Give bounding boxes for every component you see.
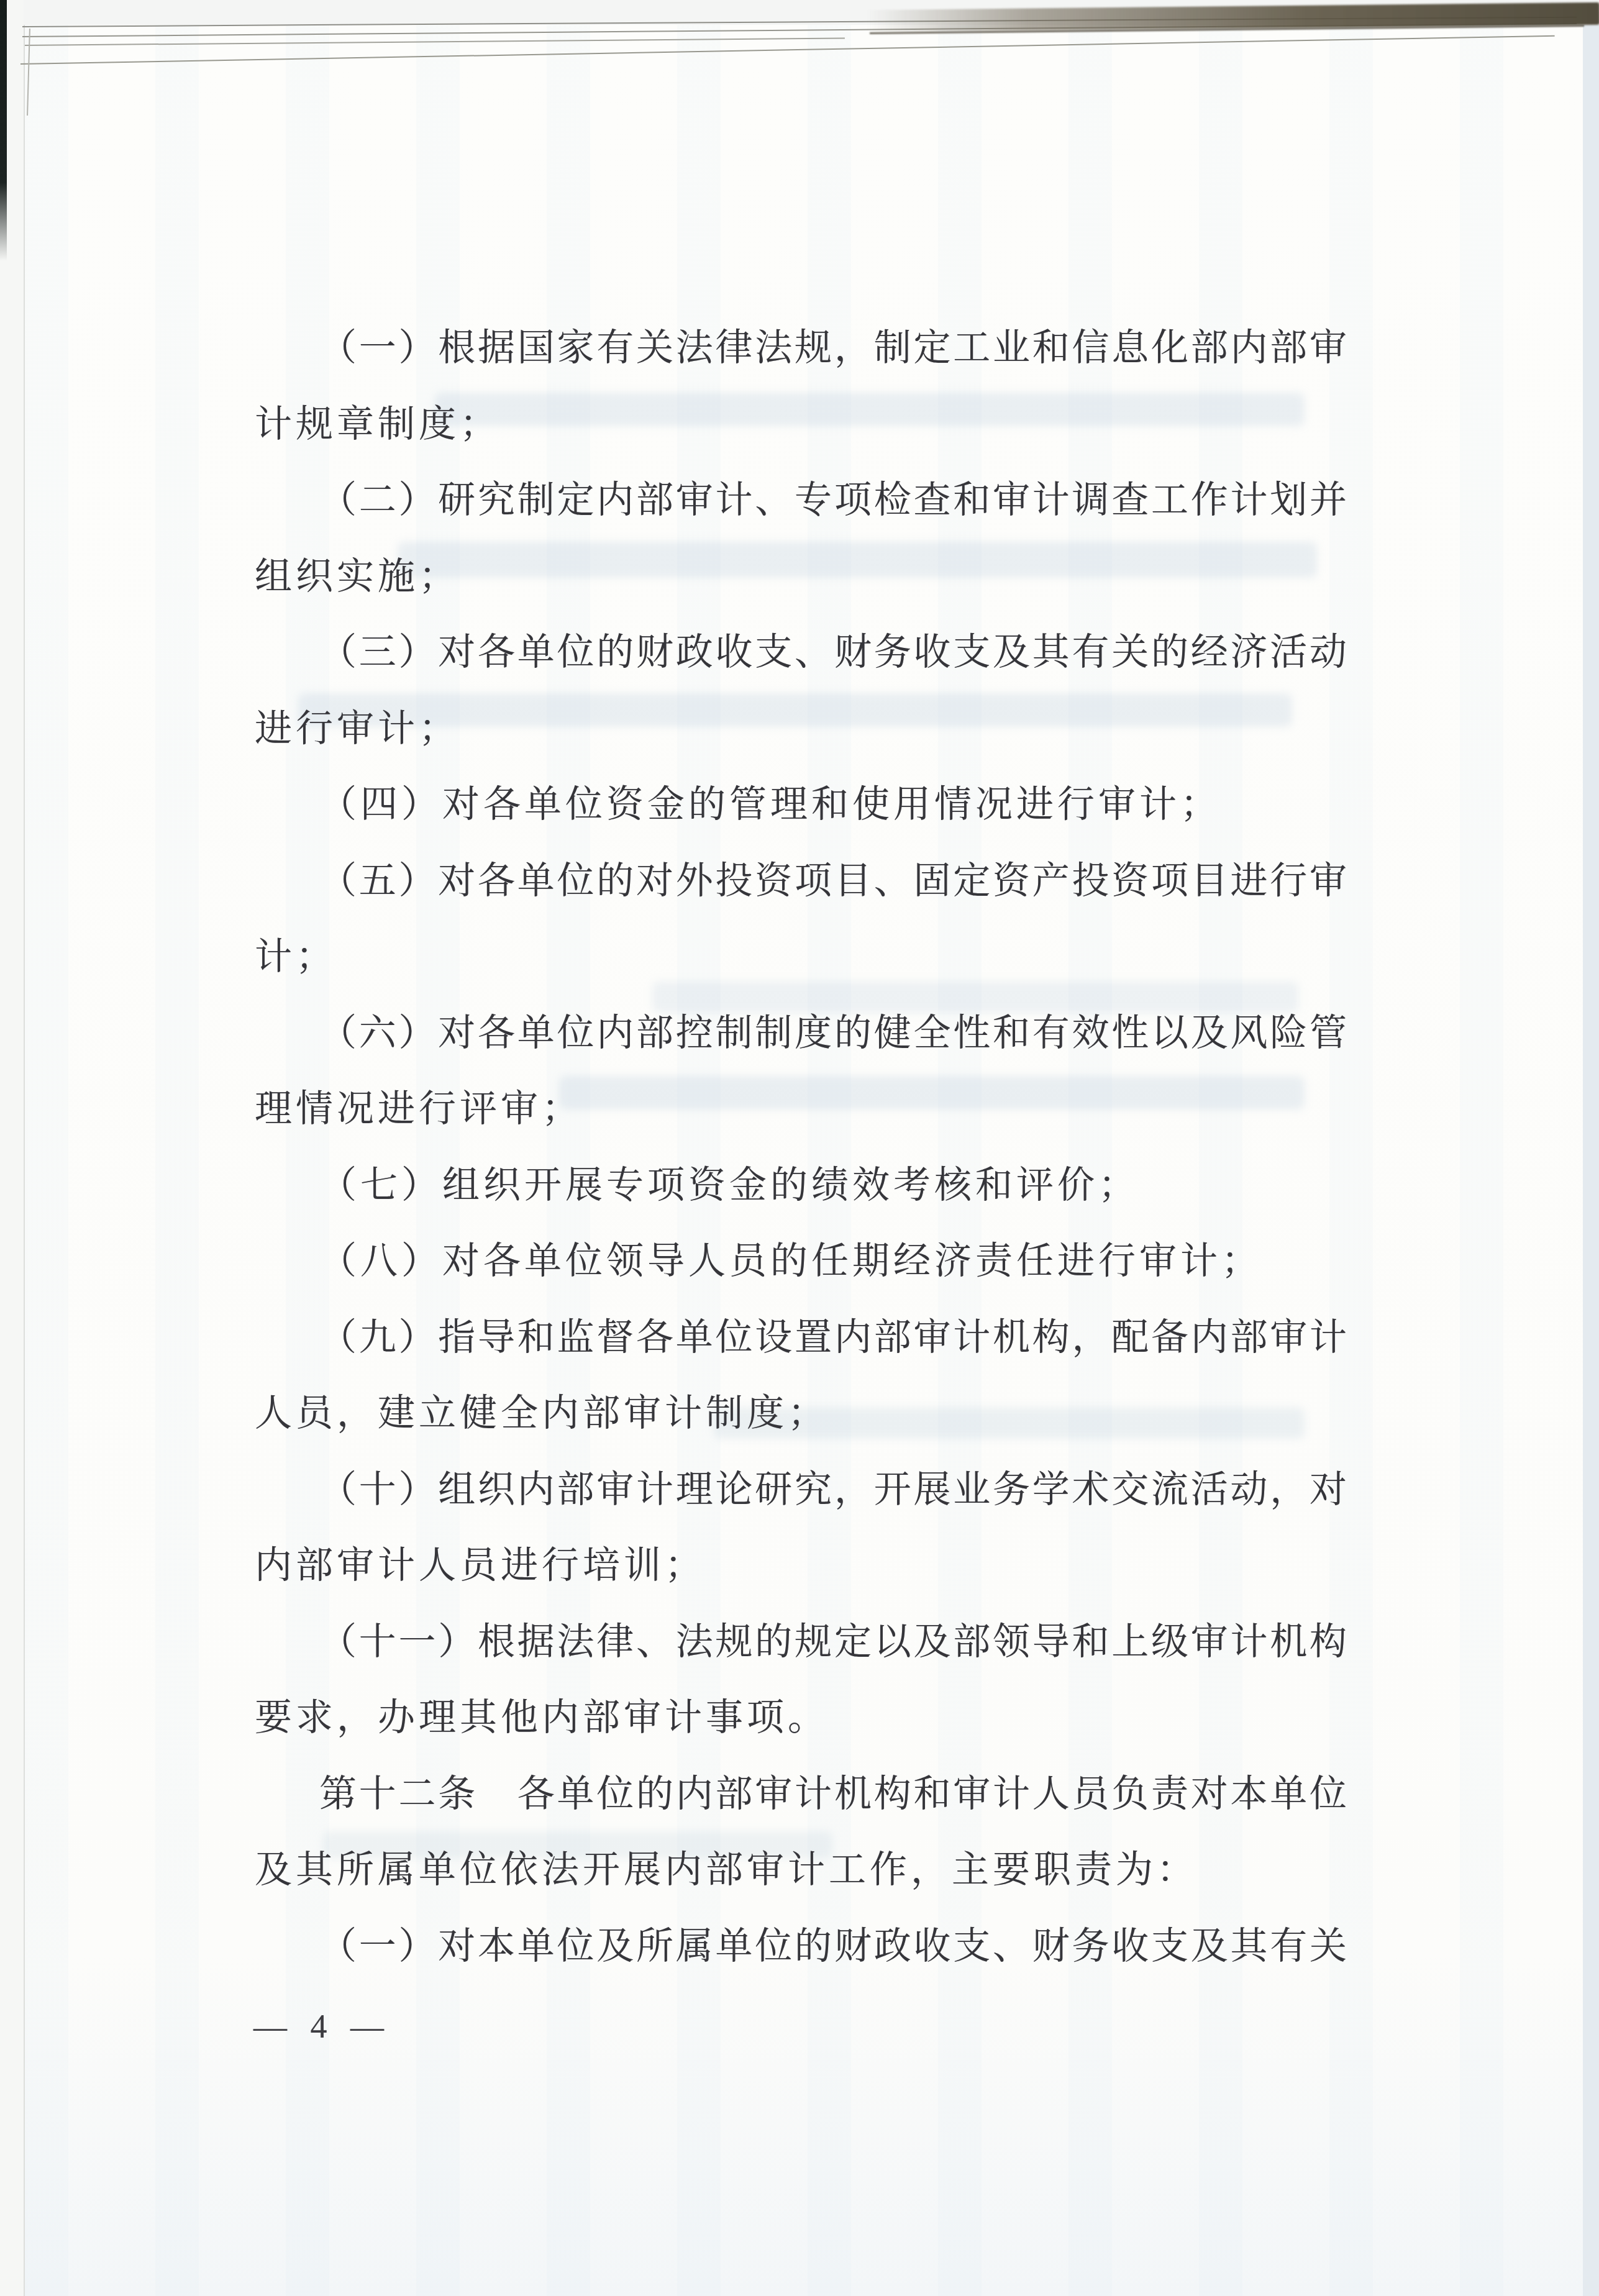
text-line: （一）对本单位及所属单位的财政收支、财务收支及其有关 bbox=[255, 1908, 1348, 1985]
text-line: （九）指导和监督各单位设置内部审计机构，配备内部审计 bbox=[255, 1300, 1348, 1376]
scanner-bed-right bbox=[1583, 25, 1599, 2296]
text-line: （五）对各单位的对外投资项目、固定资产投资项目进行审 bbox=[255, 843, 1348, 919]
text-line: （八）对各单位领导人员的任期经济责任进行审计； bbox=[255, 1223, 1348, 1300]
text-line: 要求，办理其他内部审计事项。 bbox=[255, 1680, 1348, 1756]
line-text: 内部审计人员进行培训； bbox=[255, 1545, 706, 1586]
line-text: 人员，建立健全内部审计制度； bbox=[255, 1393, 829, 1434]
body-text: （一）根据国家有关法律法规，制定工业和信息化部内部审计规章制度；（二）研究制定内… bbox=[255, 310, 1348, 1984]
line-text: （十）组织内部审计理论研究，开展业务学术交流活动，对 bbox=[319, 1469, 1348, 1510]
line-text: （二）研究制定内部审计、专项检查和审计调查工作计划并 bbox=[319, 480, 1348, 521]
text-line: 理情况进行评审； bbox=[255, 1071, 1348, 1147]
line-text: 计； bbox=[255, 936, 337, 977]
line-text: 计规章制度； bbox=[255, 404, 501, 445]
line-text: 第十二条 各单位的内部审计机构和审计人员负责对本单位 bbox=[319, 1774, 1348, 1815]
line-text: 理情况进行评审； bbox=[255, 1088, 583, 1129]
line-text: 组织实施； bbox=[255, 556, 460, 597]
line-text: （五）对各单位的对外投资项目、固定资产投资项目进行审 bbox=[319, 860, 1348, 901]
line-text: （九）指导和监督各单位设置内部审计机构，配备内部审计 bbox=[319, 1317, 1348, 1358]
text-line: （七）组织开展专项资金的绩效考核和评价； bbox=[255, 1147, 1348, 1224]
text-line: （十）组织内部审计理论研究，开展业务学术交流活动，对 bbox=[255, 1452, 1348, 1528]
text-line: （十一）根据法律、法规的规定以及部领导和上级审计机构 bbox=[255, 1604, 1348, 1680]
page-number: — 4 — bbox=[253, 1992, 391, 2061]
text-line: 计规章制度； bbox=[255, 386, 1348, 463]
line-text: 及其所属单位依法开展内部审计工作，主要职责为： bbox=[255, 1849, 1198, 1890]
line-text: 进行审计； bbox=[255, 708, 460, 749]
text-line: 组织实施； bbox=[255, 539, 1348, 615]
line-text: 要求，办理其他内部审计事项。 bbox=[255, 1697, 829, 1738]
text-line: 内部审计人员进行培训； bbox=[255, 1528, 1348, 1604]
scanned-page: （一）根据国家有关法律法规，制定工业和信息化部内部审计规章制度；（二）研究制定内… bbox=[0, 0, 1599, 2296]
line-text: （四）对各单位资金的管理和使用情况进行审计； bbox=[319, 784, 1221, 825]
line-text: （十一）根据法律、法规的规定以及部领导和上级审计机构 bbox=[319, 1621, 1348, 1662]
line-text: （三）对各单位的财政收支、财务收支及其有关的经济活动 bbox=[319, 632, 1348, 673]
scanner-bed-left bbox=[0, 0, 24, 2296]
text-line: （三）对各单位的财政收支、财务收支及其有关的经济活动 bbox=[255, 614, 1348, 691]
line-text: （六）对各单位内部控制制度的健全性和有效性以及风险管 bbox=[319, 1013, 1348, 1054]
text-line: 及其所属单位依法开展内部审计工作，主要职责为： bbox=[255, 1832, 1348, 1908]
line-text: （一）根据国家有关法律法规，制定工业和信息化部内部审 bbox=[319, 327, 1348, 368]
text-line: 人员，建立健全内部审计制度； bbox=[255, 1375, 1348, 1452]
line-text: （七）组织开展专项资金的绩效考核和评价； bbox=[319, 1165, 1139, 1206]
text-line: 进行审计； bbox=[255, 691, 1348, 767]
text-line: （一）根据国家有关法律法规，制定工业和信息化部内部审 bbox=[255, 310, 1348, 386]
line-text: （一）对本单位及所属单位的财政收支、财务收支及其有关 bbox=[319, 1926, 1348, 1967]
scanner-edge-shadow bbox=[0, 0, 7, 261]
text-line: 第十二条 各单位的内部审计机构和审计人员负责对本单位 bbox=[255, 1756, 1348, 1833]
text-line: （四）对各单位资金的管理和使用情况进行审计； bbox=[255, 767, 1348, 843]
text-line: （二）研究制定内部审计、专项检查和审计调查工作计划并 bbox=[255, 462, 1348, 539]
text-line: 计； bbox=[255, 919, 1348, 995]
text-line: （六）对各单位内部控制制度的健全性和有效性以及风险管 bbox=[255, 995, 1348, 1072]
line-text: （八）对各单位领导人员的任期经济责任进行审计； bbox=[319, 1241, 1262, 1282]
